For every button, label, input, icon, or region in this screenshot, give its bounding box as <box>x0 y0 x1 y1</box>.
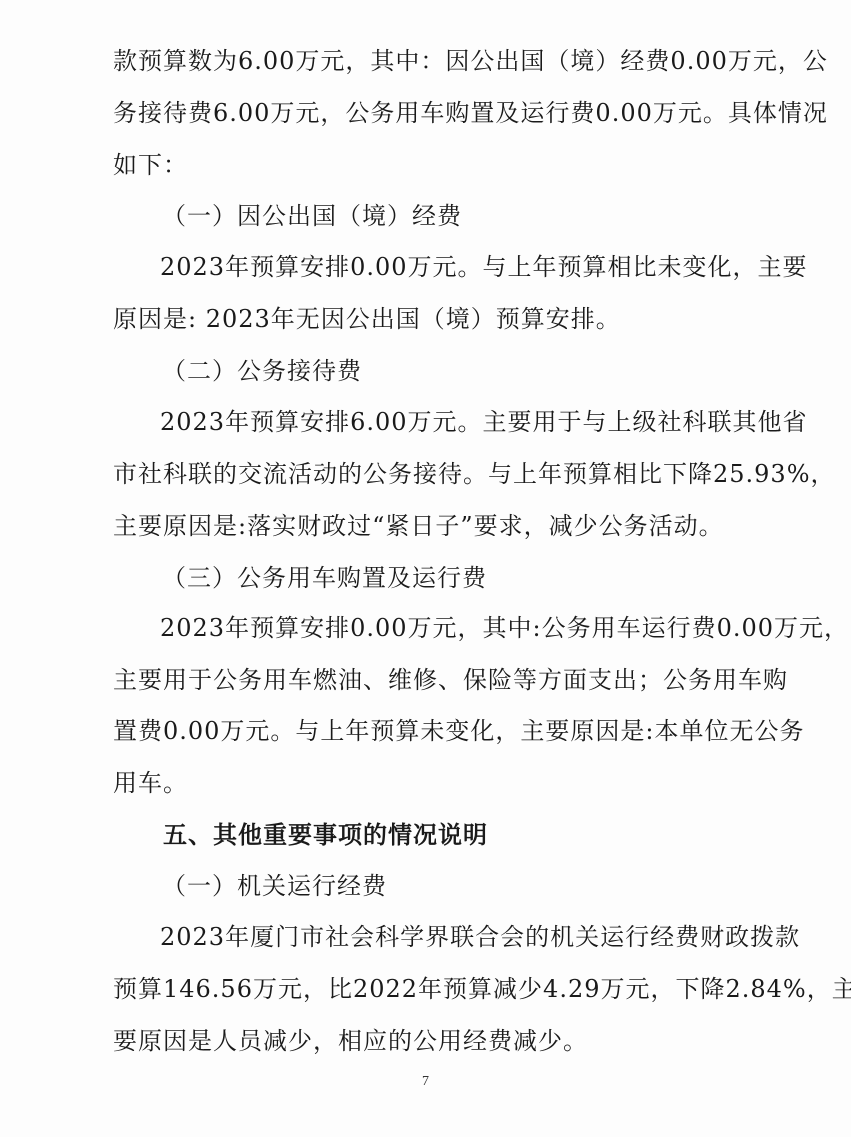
reception-line-3: 主要原因是:落实财政过“紧日子”要求，减少公务活动。 <box>113 510 763 542</box>
vehicles-line-2: 主要用于公务用车燃油、维修、保险等方面支出；公务用车购 <box>113 664 763 696</box>
reception-line-1: 2023年预算安排6.00万元。主要用于与上级社科联其他省 <box>160 406 810 438</box>
document-page: 款预算数为6.00万元，其中：因公出国（境）经费0.00万元，公 务接待费6.0… <box>0 0 851 1137</box>
section-overseas-heading: （一）因公出国（境）经费 <box>162 200 812 232</box>
overseas-line-1: 2023年预算安排0.00万元。与上年预算相比未变化，主要 <box>160 251 810 283</box>
operating-line-1: 2023年厦门市社会科学界联合会的机关运行经费财政拨款 <box>160 921 810 953</box>
chapter-five-heading: 五、其他重要事项的情况说明 <box>163 819 813 851</box>
operating-line-3: 要原因是人员减少，相应的公用经费减少。 <box>113 1025 763 1057</box>
operating-line-2: 预算146.56万元，比2022年预算减少4.29万元，下降2.84%，主 <box>113 973 763 1005</box>
page-number: 7 <box>0 1074 851 1090</box>
vehicles-line-4: 用车。 <box>113 767 763 799</box>
overseas-line-2: 原因是: 2023年无因公出国（境）预算安排。 <box>113 303 763 335</box>
vehicles-line-3: 置费0.00万元。与上年预算未变化，主要原因是:本单位无公务 <box>113 715 763 747</box>
section-vehicles-heading: （三）公务用车购置及运行费 <box>162 562 812 594</box>
section-operating-heading: （一）机关运行经费 <box>162 870 812 902</box>
intro-line-3: 如下： <box>113 149 763 181</box>
vehicles-line-1: 2023年预算安排0.00万元，其中:公务用车运行费0.00万元， <box>160 612 810 644</box>
intro-line-1: 款预算数为6.00万元，其中：因公出国（境）经费0.00万元，公 <box>113 45 763 77</box>
intro-line-2: 务接待费6.00万元，公务用车购置及运行费0.00万元。具体情况 <box>113 97 763 129</box>
reception-line-2: 市社科联的交流活动的公务接待。与上年预算相比下降25.93%， <box>113 458 763 490</box>
section-reception-heading: （二）公务接待费 <box>162 355 812 387</box>
